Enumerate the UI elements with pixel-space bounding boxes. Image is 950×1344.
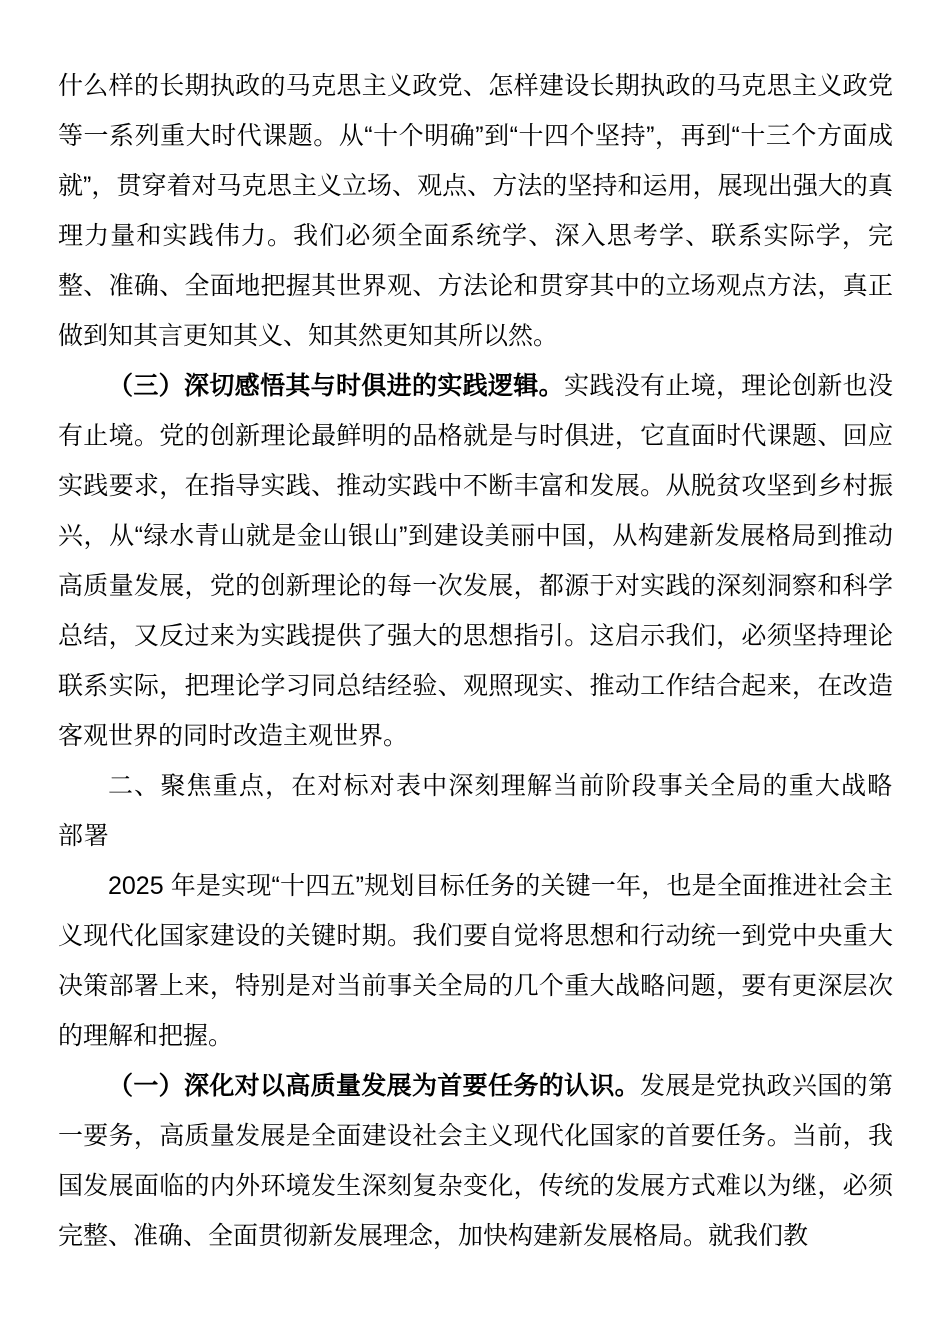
paragraph-section-one: （一）深化对以高质量发展为首要任务的认识。发展是党执政兴国的第一要务，高质量发展… [58,1061,893,1261]
document-body: 什么样的长期执政的马克思主义政党、怎样建设长期执政的马克思主义政党等一系列重大时… [58,61,893,1261]
heading-part-two: 二、聚焦重点，在对标对表中深刻理解当前阶段事关全局的重大战略部署 [58,761,893,861]
paragraph-text: 什么样的长期执政的马克思主义政党、怎样建设长期执政的马克思主义政党等一系列重大时… [58,72,893,350]
paragraph-text: 2025 年是实现“十四五”规划目标任务的关键一年，也是全面推进社会主义现代化国… [58,872,893,1050]
document-page: 什么样的长期执政的马克思主义政党、怎样建设长期执政的马克思主义政党等一系列重大时… [0,0,950,1344]
paragraph-bold-lead: （一）深化对以高质量发展为首要任务的认识。 [108,1072,640,1100]
paragraph-2025-outlook: 2025 年是实现“十四五”规划目标任务的关键一年，也是全面推进社会主义现代化国… [58,861,893,1061]
paragraph-continuation: 什么样的长期执政的马克思主义政党、怎样建设长期执政的马克思主义政党等一系列重大时… [58,61,893,361]
paragraph-bold-lead: （三）深切感悟其与时俱进的实践逻辑。 [108,372,564,400]
paragraph-text: 实践没有止境，理论创新也没有止境。党的创新理论最鲜明的品格就是与时俱进，它直面时… [58,372,893,750]
paragraph-text: 二、聚焦重点，在对标对表中深刻理解当前阶段事关全局的重大战略部署 [58,772,893,850]
paragraph-section-three: （三）深切感悟其与时俱进的实践逻辑。实践没有止境，理论创新也没有止境。党的创新理… [58,361,893,761]
